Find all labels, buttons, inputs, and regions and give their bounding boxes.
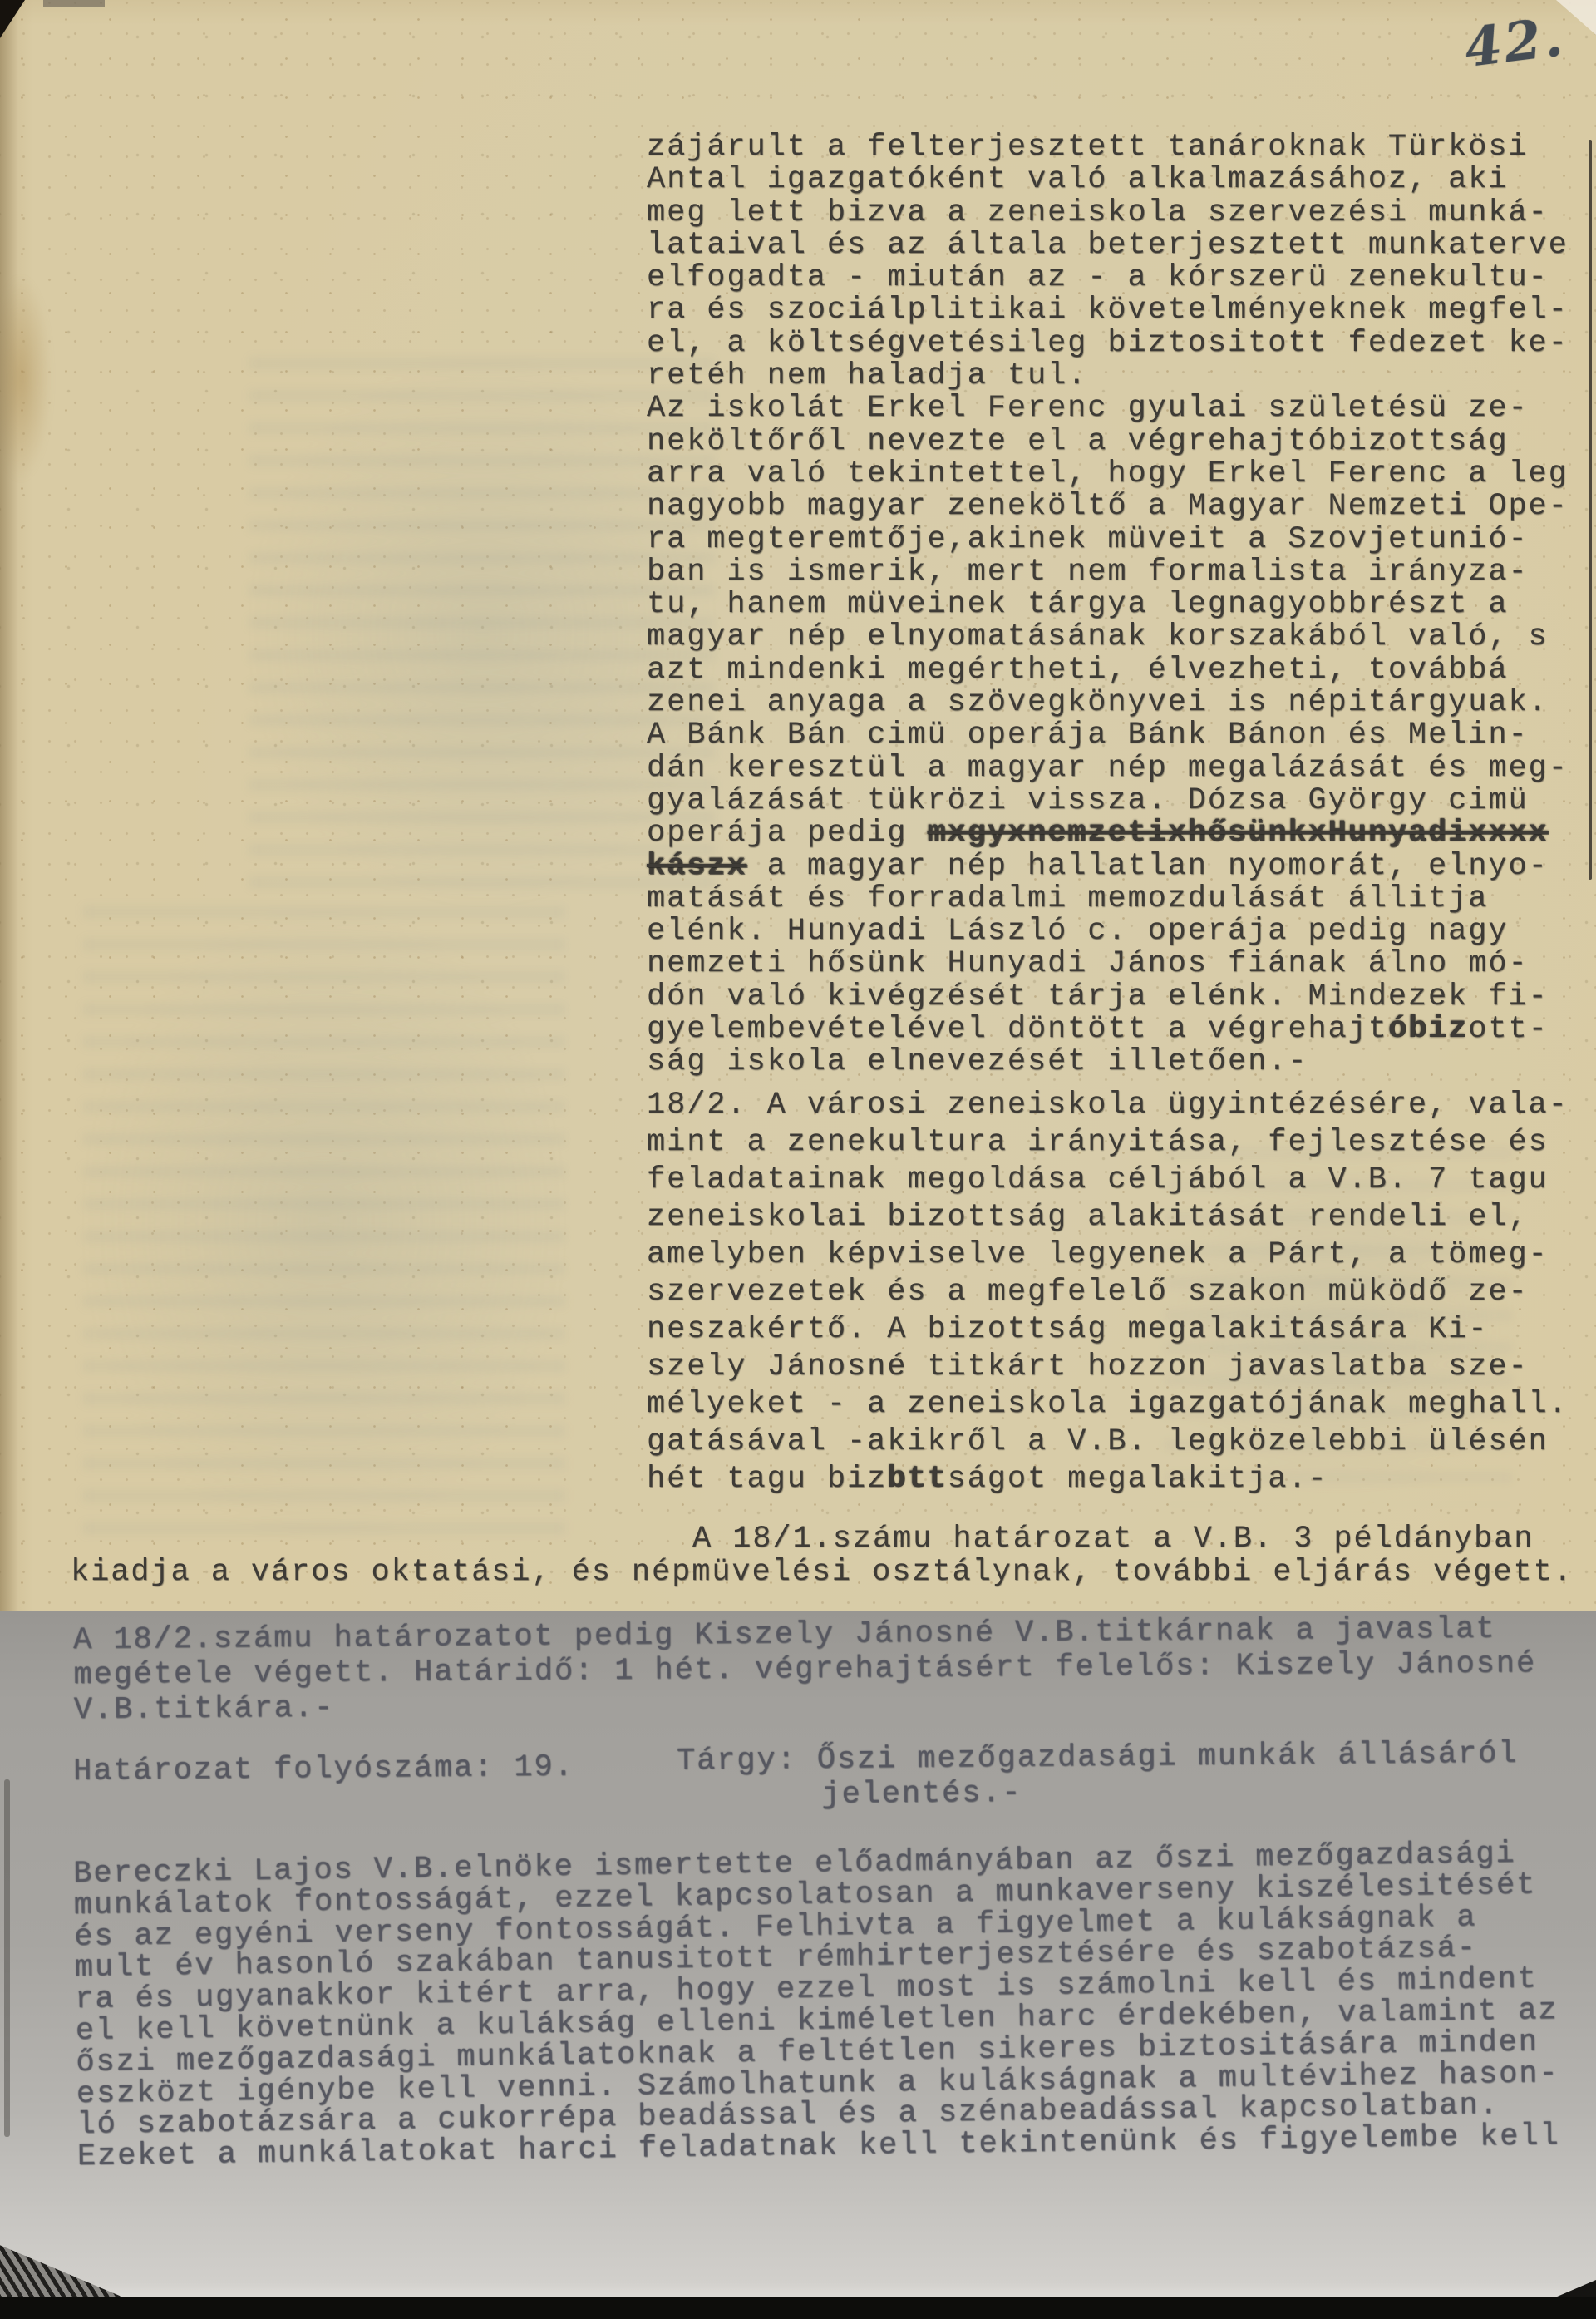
page-edge-line-right bbox=[1589, 140, 1592, 880]
bleedthrough-ghost-text bbox=[249, 358, 715, 906]
text-line: el, a költségvetésileg biztositott fedez… bbox=[647, 328, 1569, 360]
text-line: Az iskolát Erkel Ferenc gyulai születésü… bbox=[647, 392, 1569, 425]
text-line: meg lett bizva a zeneiskola szervezési m… bbox=[647, 197, 1569, 229]
text-line: Antal igazgatóként való alkalmazásához, … bbox=[647, 164, 1569, 196]
text-line: mélyeket - a zeneiskola igazgatójának me… bbox=[647, 1386, 1569, 1423]
page-gutter-shadow bbox=[0, 0, 18, 1611]
text-line: ra és szociálplitikai követelményeknek m… bbox=[647, 294, 1569, 327]
text-line: ban is ismerik, mert nem formalista irán… bbox=[647, 556, 1569, 589]
text-line: kászx a magyar nép hallatlan nyomorát, e… bbox=[647, 851, 1569, 883]
text-line: neszakértő. A bizottság megalakitására K… bbox=[647, 1311, 1569, 1349]
bleedthrough-ghost-text bbox=[83, 906, 565, 1538]
text-line: dón való kivégzését tárja elénk. Mindeze… bbox=[647, 981, 1569, 1014]
overtyped-text: btt bbox=[887, 1462, 947, 1497]
struck-out-text: kászx bbox=[647, 849, 747, 884]
dispatch-18-2-text: A 18/2.számu határozatot pedig Kiszely J… bbox=[73, 1611, 1537, 1728]
text-line: gyelembevételével döntött a végrehajtóbi… bbox=[647, 1014, 1569, 1046]
text-line: retéh nem haladja tul. bbox=[647, 360, 1569, 392]
text-line: ság iskola elnevezését illetően.- bbox=[647, 1046, 1569, 1078]
text-line: neköltőről nevezte el a végrehajtóbizott… bbox=[647, 426, 1569, 458]
text-line: gatásával -akikről a V.B. legközelebbi ü… bbox=[647, 1423, 1569, 1461]
resolution-subject-line2: jelentés.- bbox=[821, 1778, 1022, 1812]
text-line: feladatainak megoldása céljából a V.B. 7… bbox=[647, 1162, 1569, 1199]
resolution-subject-label: Tárgy: Őszi mezőgazdasági munkák állásár… bbox=[677, 1739, 1519, 1779]
text-line: amelyben képviselve legyenek a Párt, a t… bbox=[647, 1236, 1569, 1274]
text-line: elénk. Hunyadi László c. operája pedig n… bbox=[647, 915, 1569, 948]
scan-edge-mark-top bbox=[43, 0, 105, 7]
scanned-document-page: 42. zájárult a felterjesztett tanároknak… bbox=[0, 0, 1596, 2319]
text-line: ra megteremtője,akinek müveit a Szovjetu… bbox=[647, 524, 1569, 556]
resolution-18-2-text: 18/2. A városi zeneiskola ügyintézésére,… bbox=[647, 1087, 1569, 1498]
text-line: nagyobb magyar zeneköltő a Magyar Nemzet… bbox=[647, 491, 1569, 523]
text-line: nemzeti hősünk Hunyadi János fiának álno… bbox=[647, 948, 1569, 980]
dispatch-18-1-line1: A 18/1.számu határozat a V.B. 3 példányb… bbox=[692, 1523, 1534, 1556]
text-line: operája pedig mxgyxnemzetixhősünkxHunyad… bbox=[647, 817, 1569, 850]
text-line: hét tagu bizbttságot megalakitja.- bbox=[647, 1461, 1569, 1498]
scanner-background-strip bbox=[0, 2297, 1596, 2319]
text-line: zájárult a felterjesztett tanároknak Tür… bbox=[647, 131, 1569, 164]
text-line: gyalázását tükrözi vissza. Dózsa György … bbox=[647, 785, 1569, 817]
dispatch-18-1-line2: kiadja a város oktatási, és népmüvelési … bbox=[71, 1557, 1574, 1589]
text-line: tu, hanem müveinek tárgya legnagyobbrész… bbox=[647, 589, 1569, 621]
resolution-serial-label: Határozat folyószáma: 19. bbox=[73, 1751, 574, 1789]
text-line: dán keresztül a magyar nép megalázását é… bbox=[647, 752, 1569, 785]
text-line: szervezetek és a megfelelő szakon müködő… bbox=[647, 1274, 1569, 1311]
text-line: azt mindenki megértheti, élvezheti, tová… bbox=[647, 654, 1569, 687]
book-spine-shadow bbox=[4, 1779, 10, 2137]
text-line: szely Jánosné titkárt hozzon javaslatba … bbox=[647, 1349, 1569, 1386]
text-line: elfogadta - miután az - a kórszerü zenek… bbox=[647, 262, 1569, 294]
text-line: magyar nép elnyomatásának korszakából va… bbox=[647, 621, 1569, 654]
text-line: zeneiskolai bizottság alakitását rendeli… bbox=[647, 1199, 1569, 1236]
struck-out-text: mxgyxnemzetixhősünkxHunyadixxxx bbox=[927, 816, 1548, 851]
report-paragraph-text: Bereczki Lajos V.B.elnöke ismertette elő… bbox=[73, 1838, 1560, 2173]
handwritten-page-number: 42. bbox=[1461, 6, 1569, 80]
text-line: A Bánk Bán cimü operája Bánk Bánon és Me… bbox=[647, 719, 1569, 752]
text-line: zenei anyaga a szövegkönyvei is népitárg… bbox=[647, 687, 1569, 719]
text-line: arra való tekintettel, hogy Erkel Ferenc… bbox=[647, 458, 1569, 491]
text-line: mint a zenekultura irányitása, fejleszté… bbox=[647, 1124, 1569, 1162]
text-line: lataival és az általa beterjesztett munk… bbox=[647, 229, 1569, 262]
text-line: matását és forradalmi memozdulását állit… bbox=[647, 883, 1569, 915]
resolution-18-1-text: zájárult a felterjesztett tanároknak Tür… bbox=[647, 131, 1569, 1079]
page-bottom-edge-highlight bbox=[0, 2282, 1596, 2298]
text-line: 18/2. A városi zeneiskola ügyintézésére,… bbox=[647, 1087, 1569, 1124]
overtyped-text: óbiz bbox=[1388, 1012, 1468, 1047]
